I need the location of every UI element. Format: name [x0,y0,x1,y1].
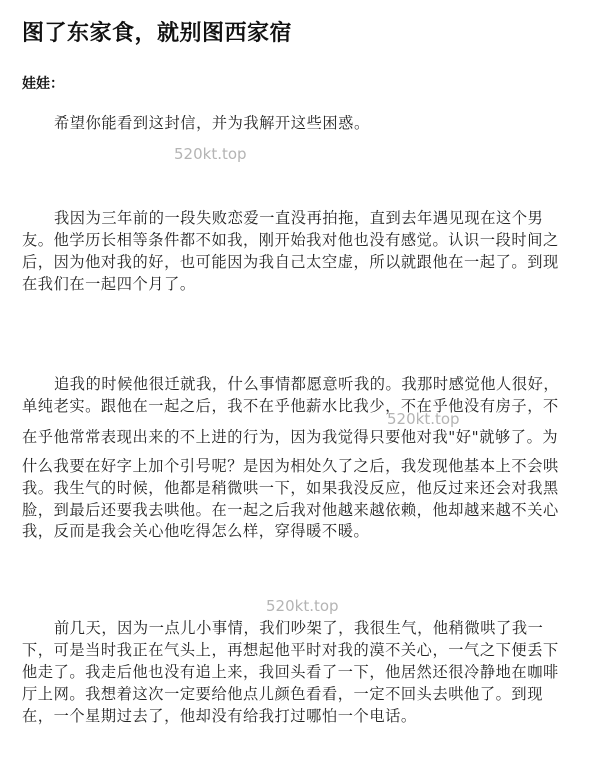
paragraph-line: 在我们在一起四个月了。 [22,274,196,294]
paragraph-line: 脸，到最后还要我去哄他。在一起之后我对他越来越依赖，他却越来越不关心 [22,500,559,520]
paragraph-line: 在，一个星期过去了，他却没有给我打过哪怕一个电话。 [22,706,417,726]
watermark: 520kt.top [387,410,460,428]
paragraph-line: 什么我要在好字上加个引号呢？是因为相处久了之后，我发现他基本上不会哄 [22,456,559,476]
salutation: 娃娃： [22,73,64,93]
watermark: 520kt.top [174,145,247,163]
paragraph-line: 我，反而是我会关心他吃得怎么样，穿得暖不暖。 [22,521,369,541]
paragraph-line: 后，因为他对我的好，也可能因为我自己太空虚，所以就跟他在一起了。到现 [22,252,559,272]
paragraph-line: 他走了。我走后他也没有追上来，我回头看了一下，他居然还很冷静地在咖啡 [22,662,559,682]
paragraph-line: 单纯老实。跟他在一起之后，我不在乎他薪水比我少，不在乎他没有房子，不 [22,396,559,416]
paragraph-line: 友。他学历长相等条件都不如我，刚开始我对他也没有感觉。认识一段时间之 [22,230,559,250]
watermark: 520kt.top [266,597,339,615]
paragraph-line: 厅上网。我想着这次一定要给他点儿颜色看看，一定不回头去哄他了。到现 [22,684,543,704]
paragraph-line: 希望你能看到这封信，并为我解开这些困惑。 [54,113,370,133]
paragraph-line: 我因为三年前的一段失败恋爱一直没再拍拖，直到去年遇见现在这个男 [54,208,543,228]
paragraph-line: 我。我生气的时候，他都是稍微哄一下，如果我没反应，他反过来还会对我黑 [22,478,559,498]
article-title: 图了东家食，就别图西家宿 [22,16,292,47]
paragraph-line: 前几天，因为一点儿小事情，我们吵架了，我很生气，他稍微哄了我一 [54,618,543,638]
paragraph-line: 下，可是当时我正在气头上，再想起他平时对我的漠不关心，一气之下便丢下 [22,640,559,660]
paragraph-line: 在乎他常常表现出来的不上进的行为，因为我觉得只要他对我"好"就够了。为 [22,427,558,447]
paragraph-line: 追我的时候他很迁就我，什么事情都愿意听我的。我那时感觉他人很好， [54,374,559,394]
